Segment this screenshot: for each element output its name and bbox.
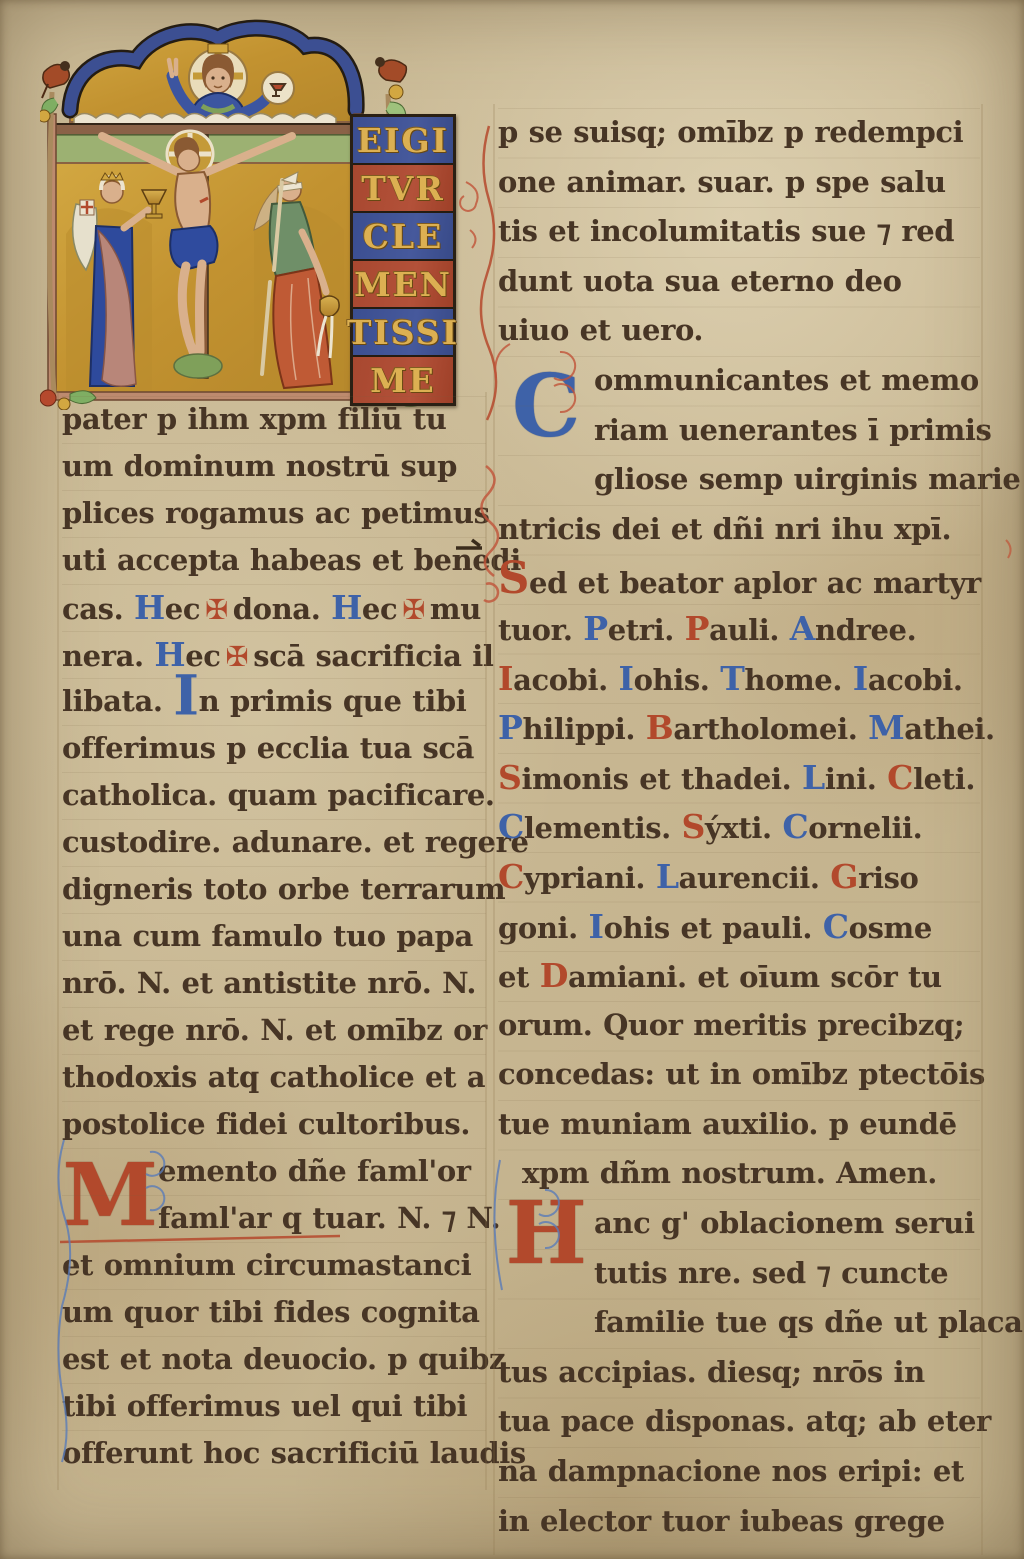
- text-segment: osme: [849, 911, 932, 945]
- text-segment: tua pace disponas. atq; ab eter: [498, 1404, 991, 1438]
- text-segment: acobi.: [868, 663, 963, 697]
- initial-letter: M: [63, 1148, 158, 1244]
- text-segment: plices rogamus ac petimus: [62, 496, 490, 530]
- text-segment: auli.: [709, 613, 790, 647]
- text-segment: D: [540, 956, 568, 995]
- text-segment: hilippi.: [522, 712, 645, 746]
- text-segment: ndree.: [815, 613, 916, 647]
- text-segment: digneris toto orbe terrarum: [62, 872, 505, 906]
- cross-icon: ✠: [221, 641, 254, 673]
- manuscript-page: EIGITVRCLEMENTISSIME pater p ihm xpm fil…: [0, 0, 1024, 1559]
- text-segment: custodire. adunare. et regere: [62, 825, 529, 859]
- text-line: offerimus p ecclia tua scā: [62, 725, 486, 772]
- text-segment: ntricis dei et dñi nri ihu xpī.: [498, 512, 951, 546]
- text-line: nera. Hec✠scā sacrificia il: [62, 631, 486, 678]
- text-segment: C: [823, 907, 849, 946]
- text-segment: leti.: [913, 762, 975, 796]
- text-line: postolice fidei cultoribus.: [62, 1101, 486, 1148]
- text-segment: ini.: [825, 762, 887, 796]
- text-line: tus accipias. diesq; nrōs in: [498, 1348, 980, 1398]
- text-segment: p se suisq; omībz p redempci: [498, 115, 963, 149]
- text-line: et rege nrō. N. et omībz or: [62, 1007, 486, 1054]
- ecclesia-head: [101, 181, 123, 203]
- text-segment: athei.: [904, 712, 994, 746]
- text-line: goni. Iohis et pauli. Cosme: [498, 902, 980, 952]
- green-mound: [174, 354, 222, 378]
- text-segment: ec: [362, 592, 397, 626]
- text-line: plices rogamus ac petimus: [62, 490, 486, 537]
- text-segment: ommunicantes et memo: [594, 363, 979, 397]
- text-segment: tutis nre. sed ⁊ cuncte: [594, 1256, 948, 1290]
- text-line: libata. In primis que tibi: [62, 678, 486, 725]
- text-line: offerunt hoc sacrificiū laudis: [62, 1430, 486, 1477]
- text-line: digneris toto orbe terrarum: [62, 866, 486, 913]
- text-segment: S: [682, 807, 705, 846]
- red-edge-mark: [1006, 540, 1011, 558]
- text-segment: thodoxis atq catholice et a: [62, 1060, 485, 1094]
- text-segment: L: [656, 857, 679, 896]
- text-segment: libata.: [62, 684, 173, 718]
- text-segment: P: [583, 609, 607, 648]
- te-igitur-panel: EIGITVRCLEMENTISSIME: [350, 114, 456, 406]
- text-line: Clementis. Sýxti. Cornelii.: [498, 802, 980, 852]
- text-column-right: p se suisq; omībz p redempcione animar. …: [498, 108, 980, 1546]
- initial-letter: H: [506, 1183, 587, 1285]
- text-segment: ohis et pauli.: [604, 911, 823, 945]
- crucifixion-miniature: EIGITVRCLEMENTISSIME: [40, 14, 472, 410]
- text-segment: scā sacrificia il: [253, 639, 493, 673]
- text-line: tue muniam auxilio. p eundē: [498, 1100, 980, 1150]
- text-segment: um quor tibi fides cognita: [62, 1295, 480, 1329]
- text-segment: emento dñe faml'or: [158, 1154, 471, 1188]
- text-segment: one animar. suar. p spe salu: [498, 165, 946, 199]
- text-segment: L: [802, 758, 825, 797]
- text-line: um dominum nostrū sup: [62, 443, 486, 490]
- text-segment: acobi.: [513, 663, 618, 697]
- panel-row: EIGI: [353, 117, 453, 163]
- panel-row: TVR: [353, 163, 453, 211]
- text-line: Hanc g' oblacionem serui: [498, 1199, 980, 1249]
- text-segment: ed et beator aplor ac martyr: [529, 566, 981, 600]
- text-line: Cypriani. Laurencii. Griso: [498, 852, 980, 902]
- text-segment: home.: [744, 663, 852, 697]
- text-line: uti accepta habeas et benedi: [62, 537, 486, 584]
- text-segment: I: [173, 662, 198, 727]
- text-segment: P: [685, 609, 709, 648]
- text-line: in elector tuor iubeas grege: [498, 1497, 980, 1547]
- text-segment: M: [868, 708, 904, 747]
- text-line: custodire. adunare. et regere: [62, 819, 486, 866]
- crown: [208, 44, 228, 53]
- text-line: tis et incolumitatis sue ⁊ red: [498, 207, 980, 257]
- text-line: familie tue qs dñe ut placa: [498, 1298, 980, 1348]
- text-line: tuor. Petri. Pauli. Andree.: [498, 604, 980, 654]
- initial-letter: C: [512, 356, 580, 458]
- text-segment: postolice fidei cultoribus.: [62, 1107, 470, 1141]
- text-segment: S: [498, 758, 521, 797]
- text-segment: goni.: [498, 911, 589, 945]
- cross-icon: ✠: [397, 594, 430, 626]
- text-segment: est et nota deuocio. p quibz: [62, 1342, 505, 1376]
- loincloth: [170, 226, 217, 269]
- face: [205, 67, 231, 93]
- text-segment: I: [589, 907, 604, 946]
- text-segment: tis et incolumitatis sue ⁊ red: [498, 214, 954, 248]
- text-line: one animar. suar. p spe salu: [498, 158, 980, 208]
- panel-row: MEN: [353, 259, 453, 307]
- text-line: pater p ihm xpm filiū tu: [62, 396, 486, 443]
- text-segment: aurencii.: [679, 861, 831, 895]
- text-segment: et: [498, 960, 540, 994]
- illuminated-initial: H: [498, 1199, 594, 1299]
- text-segment: et rege nrō. N. et omībz or: [62, 1013, 487, 1047]
- text-line: thodoxis atq catholice et a: [62, 1054, 486, 1101]
- text-segment: gliose semp uirginis marie ge: [594, 462, 1024, 496]
- text-line: Memento dñe faml'or: [62, 1148, 486, 1195]
- text-segment: H: [134, 588, 165, 627]
- text-line: p se suisq; omībz p redempci: [498, 108, 980, 158]
- panel-row: CLE: [353, 211, 453, 259]
- torso: [175, 172, 210, 234]
- illuminated-initial: M: [62, 1148, 158, 1242]
- text-segment: pater p ihm xpm filiū tu: [62, 402, 446, 436]
- text-segment: anc g' oblacionem serui: [594, 1206, 975, 1240]
- text-line: Iacobi. Iohis. Thome. Iacobi.: [498, 654, 980, 704]
- text-segment: una cum famulo tuo papa: [62, 919, 473, 953]
- text-segment: na dampnacione nos eripi: et: [498, 1454, 964, 1488]
- text-segment: n primis que tibi: [199, 684, 467, 718]
- illuminated-initial: C: [498, 356, 594, 456]
- text-line: gliose semp uirginis marie ge: [498, 455, 980, 505]
- text-line: una cum famulo tuo papa: [62, 913, 486, 960]
- text-segment: C: [498, 807, 524, 846]
- text-segment: uti accepta habeas et benedi: [62, 543, 521, 577]
- text-segment: C: [782, 807, 808, 846]
- text-segment: nrō. N. et antistite nrō. N.: [62, 966, 476, 1000]
- text-line: Sed et beator aplor ac martyr: [498, 554, 980, 604]
- text-segment: dona.: [233, 592, 331, 626]
- text-segment: riam uenerantes ī primis: [594, 413, 991, 447]
- text-segment: et omnium circumastanci: [62, 1248, 471, 1282]
- text-segment: tibi offerimus uel qui tibi: [62, 1389, 467, 1423]
- panel-row: TISSI: [353, 307, 453, 355]
- text-segment: amiani. et oīum scōr tu: [568, 960, 942, 994]
- text-segment: dunt uota sua eterno deo: [498, 264, 902, 298]
- text-segment: C: [498, 857, 524, 896]
- text-segment: P: [498, 708, 522, 747]
- text-segment: offerunt hoc sacrificiū laudis: [62, 1436, 526, 1470]
- text-line: na dampnacione nos eripi: et: [498, 1447, 980, 1497]
- text-segment: tuor.: [498, 613, 583, 647]
- text-segment: H: [331, 588, 362, 627]
- text-segment: concedas: ut in omībz ptectōis: [498, 1057, 985, 1091]
- text-segment: ec: [165, 592, 200, 626]
- text-segment: in elector tuor iubeas grege: [498, 1504, 945, 1538]
- text-segment: I: [853, 659, 868, 698]
- text-line: orum. Quor meritis precibzq;: [498, 1001, 980, 1051]
- text-line: tua pace disponas. atq; ab eter: [498, 1397, 980, 1447]
- text-segment: C: [887, 758, 913, 797]
- text-line: Philippi. Bartholomei. Mathei.: [498, 703, 980, 753]
- text-segment: ýxti.: [705, 811, 782, 845]
- text-line: concedas: ut in omībz ptectōis: [498, 1050, 980, 1100]
- text-segment: artholomei.: [673, 712, 868, 746]
- text-segment: faml'ar q tuar. N. ⁊ N.: [158, 1201, 500, 1235]
- text-segment: offerimus p ecclia tua scā: [62, 731, 474, 765]
- text-line: cas. Hec✠dona. Hec✠mu: [62, 584, 486, 631]
- text-line: Communicantes et memo: [498, 356, 980, 406]
- text-segment: orum. Quor meritis precibzq;: [498, 1008, 964, 1042]
- red-gutter-flourish: [481, 126, 496, 420]
- text-segment: tue muniam auxilio. p eundē: [498, 1107, 957, 1141]
- text-segment: ohis.: [634, 663, 721, 697]
- text-line: catholica. quam pacificare.: [62, 772, 486, 819]
- text-segment: ypriani.: [524, 861, 656, 895]
- text-segment: ornelii.: [808, 811, 922, 845]
- text-segment: tus accipias. diesq; nrōs in: [498, 1355, 925, 1389]
- text-line: um quor tibi fides cognita: [62, 1289, 486, 1336]
- text-line: ntricis dei et dñi nri ihu xpī.: [498, 505, 980, 555]
- text-segment: I: [498, 659, 513, 698]
- text-line: tibi offerimus uel qui tibi: [62, 1383, 486, 1430]
- text-column-left: pater p ihm xpm filiū tuum dominum nostr…: [62, 396, 486, 1477]
- text-segment: familie tue qs dñe ut placa: [594, 1305, 1023, 1339]
- text-segment: S: [498, 553, 529, 604]
- text-segment: B: [646, 708, 674, 747]
- text-line: est et nota deuocio. p quibz: [62, 1336, 486, 1383]
- text-segment: lementis.: [524, 811, 682, 845]
- text-segment: G: [830, 857, 858, 896]
- text-segment: nera.: [62, 639, 154, 673]
- text-segment: I: [619, 659, 634, 698]
- text-segment: cas.: [62, 592, 134, 626]
- text-segment: catholica. quam pacificare.: [62, 778, 495, 812]
- text-line: et Damiani. et oīum scōr tu: [498, 951, 980, 1001]
- text-segment: uiuo et uero.: [498, 313, 703, 347]
- text-segment: riso: [858, 861, 918, 895]
- text-segment: um dominum nostrū sup: [62, 449, 457, 483]
- text-line: et omnium circumastanci: [62, 1242, 486, 1289]
- text-segment: T: [720, 659, 744, 698]
- text-line: Simonis et thadei. Lini. Cleti.: [498, 753, 980, 803]
- text-segment: imonis et thadei.: [521, 762, 802, 796]
- text-segment: A: [790, 609, 815, 648]
- text-line: uiuo et uero.: [498, 306, 980, 356]
- text-line: nrō. N. et antistite nrō. N.: [62, 960, 486, 1007]
- cross-icon: ✠: [200, 594, 233, 626]
- text-segment: etri.: [608, 613, 685, 647]
- text-segment: mu: [430, 592, 481, 626]
- text-line: dunt uota sua eterno deo: [498, 257, 980, 307]
